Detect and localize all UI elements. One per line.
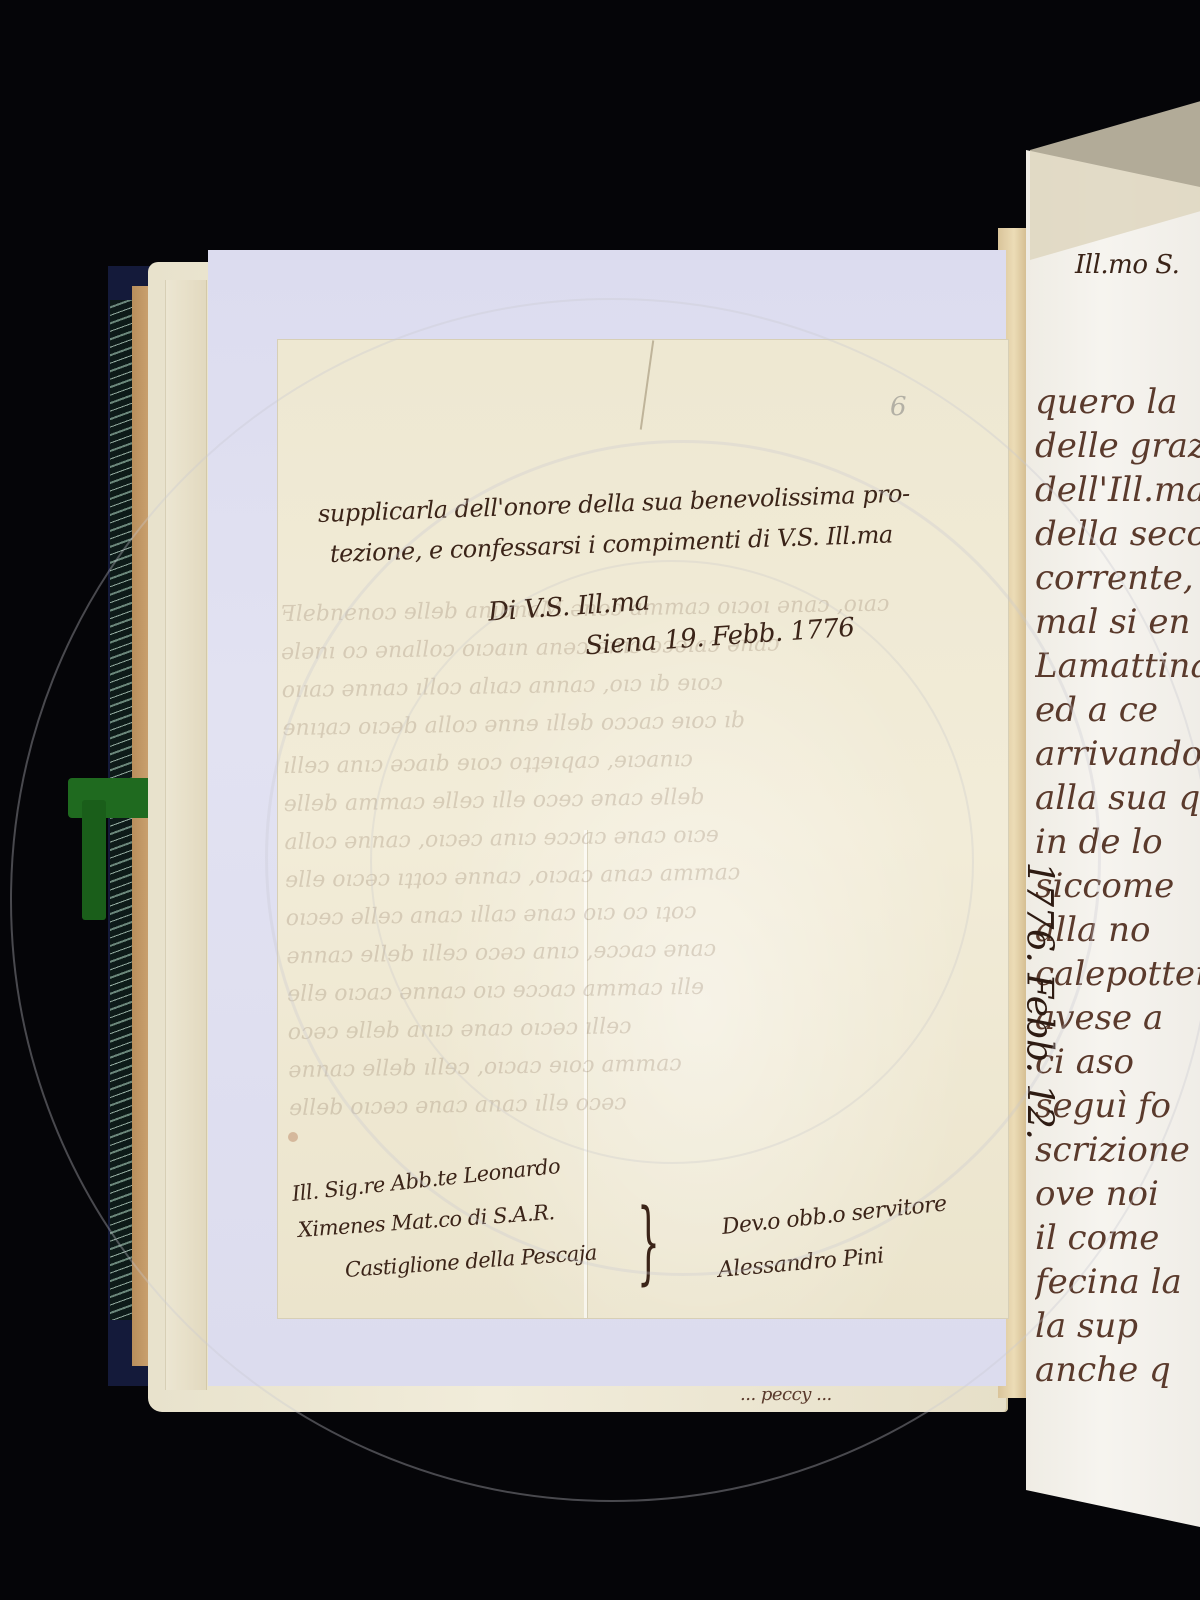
right-line: siccome (1035, 864, 1200, 908)
page-stack-edge (165, 280, 207, 1390)
right-line: calepotter (1035, 952, 1200, 996)
right-page-text: quero la delle grazie dell'Ill.ma della … (1035, 380, 1200, 1430)
right-line: quero la (1035, 380, 1200, 424)
right-line: ci aso (1035, 1040, 1200, 1084)
right-line: anche q (1035, 1348, 1200, 1392)
right-line: la sup (1035, 1304, 1200, 1348)
brace-mark: } (637, 1190, 660, 1295)
green-ribbon (68, 778, 154, 818)
right-line: ed a ce (1035, 688, 1200, 732)
right-line: in de lo (1035, 820, 1200, 864)
bleed-through-text: ꟻlebnenoɔ ɘllɘb anibnaM ənoɔ ammaɔ oıɔoı… (280, 584, 990, 1156)
right-line: scrizione (1035, 1128, 1200, 1172)
right-line: fecina la (1035, 1260, 1200, 1304)
green-ribbon-tail (82, 800, 106, 920)
pencil-mark: 6 (890, 392, 907, 422)
right-line: arrivando (1035, 732, 1200, 776)
right-line: mal si en (1035, 600, 1200, 644)
right-line: alla sua q (1035, 776, 1200, 820)
right-line: ove noi (1035, 1172, 1200, 1216)
right-line: dell'Ill.ma (1035, 468, 1200, 512)
marginal-date-note: 1776. Febb. 12. (1018, 862, 1059, 1140)
right-line: alla no (1035, 908, 1200, 952)
right-line: il come (1035, 1216, 1200, 1260)
right-line: della secon (1035, 512, 1200, 556)
bottom-page-scrawl: ... peccy ... (740, 1384, 832, 1405)
right-line: avese a (1035, 996, 1200, 1040)
right-line: delle grazie (1035, 424, 1200, 468)
right-line: Lamattina (1035, 644, 1200, 688)
right-line: seguì fo (1035, 1084, 1200, 1128)
right-page-header: Ill.mo S. (1075, 250, 1179, 280)
right-line: corrente, (1035, 556, 1200, 600)
